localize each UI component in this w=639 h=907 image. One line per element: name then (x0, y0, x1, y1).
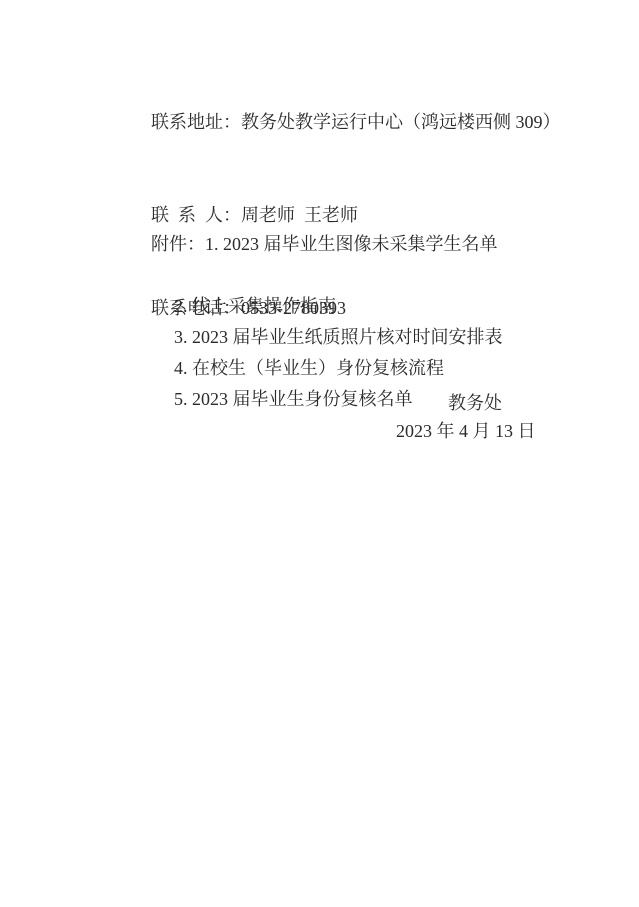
signature-org: 教务处 (448, 388, 502, 419)
document-page: 联系地址：教务处教学运行中心（鸿远楼西侧 309） 联 系 人：周老师 王老师 … (0, 0, 639, 907)
signature-date: 2023 年 4 月 13 日 (396, 416, 536, 447)
attachment-item-5: 5. 2023 届毕业生身份复核名单 (124, 384, 503, 415)
contact-address-line: 联系地址：教务处教学运行中心（鸿远楼西侧 309） (124, 76, 561, 169)
attachment-item-3: 3. 2023 届毕业生纸质照片核对时间安排表 (124, 322, 503, 353)
attachment-item-4: 4. 在校生（毕业生）身份复核流程 (124, 353, 503, 384)
attachment-item-1: 附件：1. 2023 届毕业生图像未采集学生名单 (124, 198, 503, 291)
attachment-item-2: 2. 线上采集操作指南 (124, 291, 503, 322)
attachment-item-1-text: 1. 2023 届毕业生图像未采集学生名单 (205, 234, 498, 254)
attachments-label: 附件： (151, 234, 205, 254)
contact-address-value: 教务处教学运行中心（鸿远楼西侧 309） (241, 112, 561, 132)
contact-address-label: 联系地址： (151, 112, 241, 132)
attachments-block: 附件：1. 2023 届毕业生图像未采集学生名单 2. 线上采集操作指南 3. … (124, 198, 503, 415)
